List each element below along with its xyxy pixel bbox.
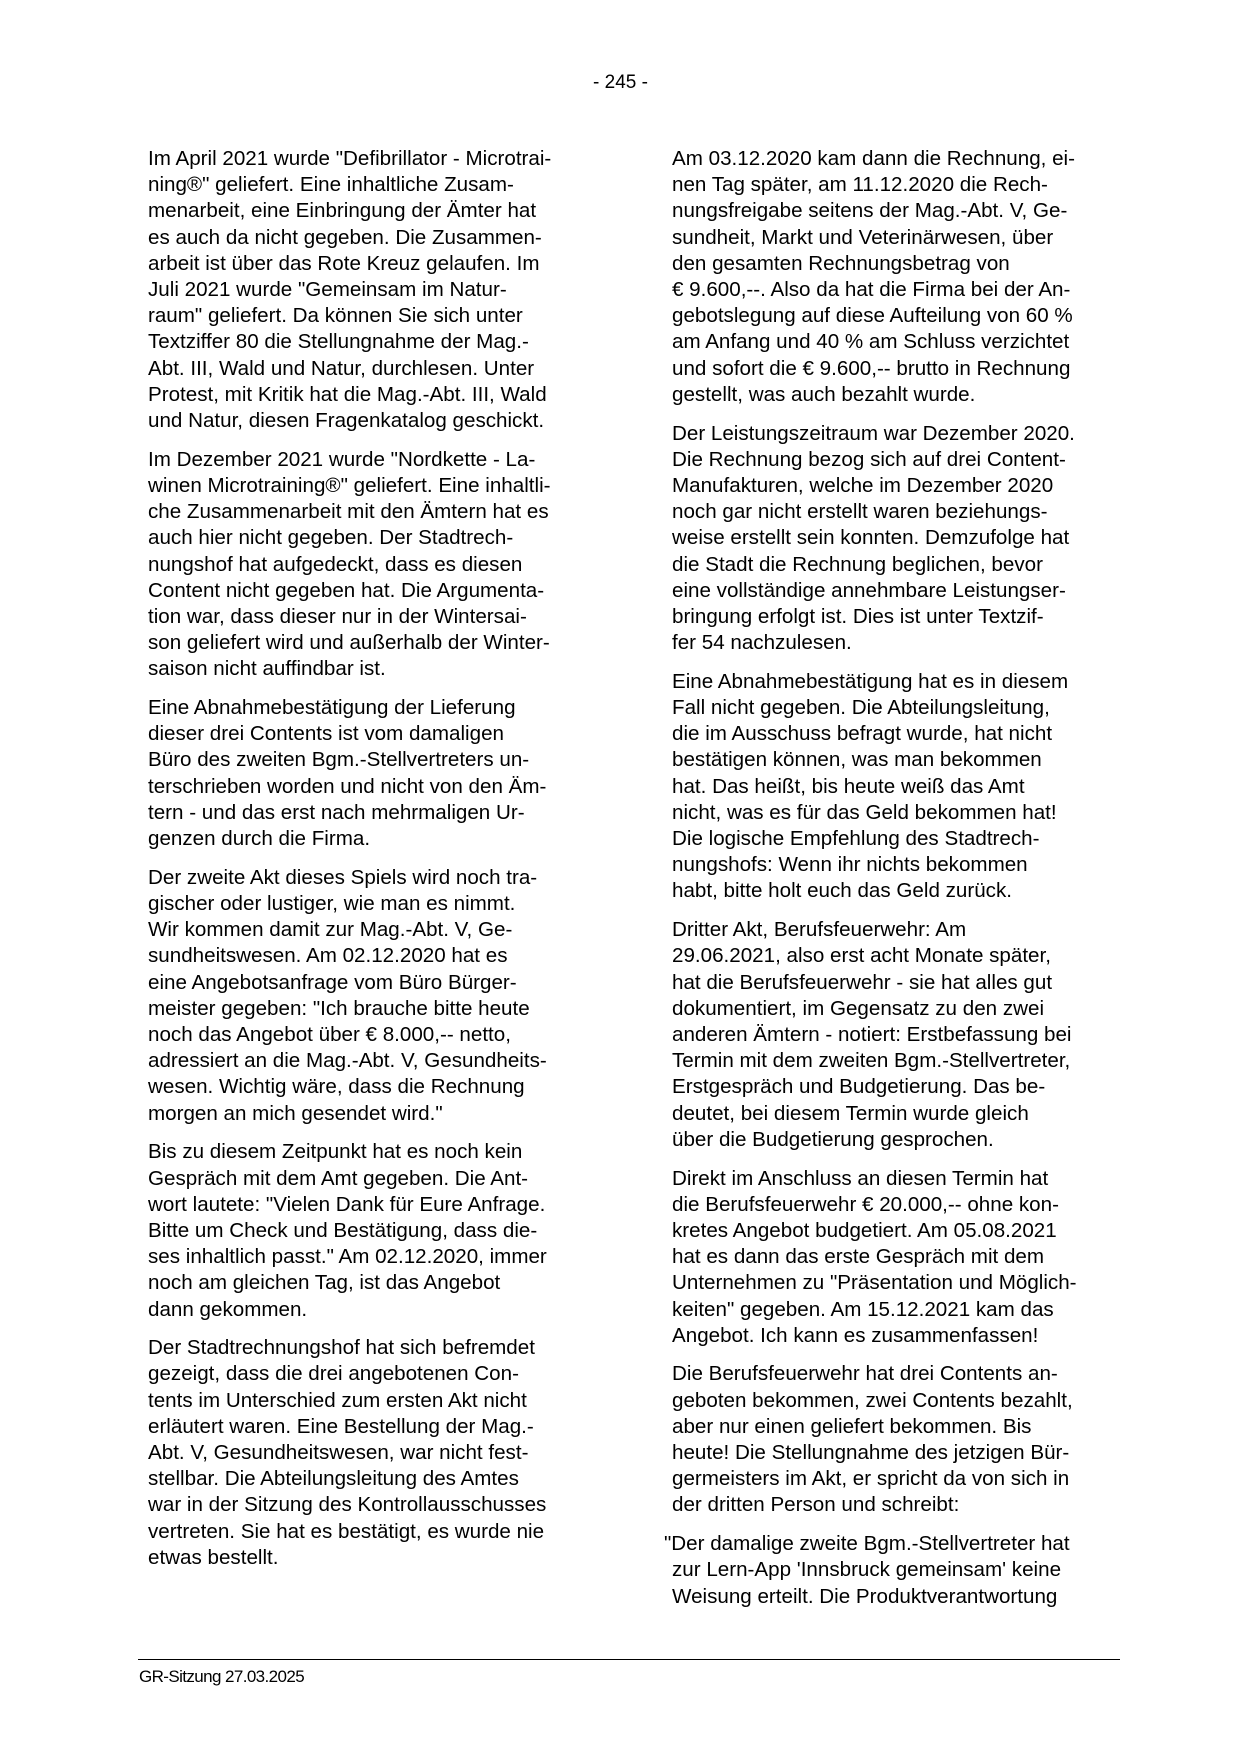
text-line: Die Berufsfeuerwehr hat drei Contents an…	[672, 1361, 1132, 1387]
paragraph-stadtrechnungshof: Der Stadtrechnungshof hat sich befremdet…	[148, 1335, 598, 1571]
left-column: Im April 2021 wurde "Defibrillator - Mic…	[148, 146, 598, 1584]
paragraph-zeitpunkt: Bis zu diesem Zeitpunkt hat es noch kein…	[148, 1139, 598, 1322]
paragraph-nordkette: Im Dezember 2021 wurde "Nordkette - La- …	[148, 447, 598, 683]
text-line: sundheitswesen. Am 02.12.2020 hat es	[148, 943, 598, 969]
text-line: Bitte um Check und Bestätigung, dass die…	[148, 1218, 598, 1244]
text-line: etwas bestellt.	[148, 1545, 598, 1571]
text-line: winen Microtraining®" geliefert. Eine in…	[148, 473, 598, 499]
footer-session-date: GR-Sitzung 27.03.2025	[139, 1667, 304, 1687]
text-line: dieser drei Contents ist vom damaligen	[148, 721, 598, 747]
text-line: tents im Unterschied zum ersten Akt nich…	[148, 1388, 598, 1414]
text-line: Angebot. Ich kann es zusammenfassen!	[672, 1323, 1132, 1349]
text-line: deutet, bei diesem Termin wurde gleich	[672, 1101, 1132, 1127]
text-line: tion war, dass dieser nur in der Winters…	[148, 604, 598, 630]
text-line: und sofort die € 9.600,-- brutto in Rech…	[672, 356, 1132, 382]
text-line: Büro des zweiten Bgm.-Stellvertreters un…	[148, 747, 598, 773]
text-line: Weisung erteilt. Die Produktverantwortun…	[672, 1584, 1132, 1610]
text-line: "Der damalige zweite Bgm.-Stellvertreter…	[664, 1531, 1132, 1557]
text-line: hat die Berufsfeuerwehr - sie hat alles …	[672, 970, 1132, 996]
text-line: am Anfang und 40 % am Schluss verzichtet	[672, 329, 1132, 355]
text-line: gezeigt, dass die drei angebotenen Con-	[148, 1361, 598, 1387]
text-line: der dritten Person und schreibt:	[672, 1492, 1132, 1518]
text-line: zur Lern-App 'Innsbruck gemeinsam' keine	[672, 1557, 1132, 1583]
text-line: Die logische Empfehlung des Stadtrech-	[672, 826, 1132, 852]
text-line: Eine Abnahmebestätigung der Lieferung	[148, 695, 598, 721]
text-line: raum" geliefert. Da können Sie sich unte…	[148, 303, 598, 329]
text-line: und Natur, diesen Fragenkatalog geschick…	[148, 408, 598, 434]
text-line: nungsfreigabe seitens der Mag.-Abt. V, G…	[672, 198, 1132, 224]
text-line: noch am gleichen Tag, ist das Angebot	[148, 1270, 598, 1296]
text-line: keiten" gegeben. Am 15.12.2021 kam das	[672, 1297, 1132, 1323]
text-line: Gespräch mit dem Amt gegeben. Die Ant-	[148, 1166, 598, 1192]
text-line: geboten bekommen, zwei Contents bezahlt,	[672, 1388, 1132, 1414]
paragraph-anschluss: Direkt im Anschluss an diesen Termin hat…	[672, 1166, 1132, 1349]
text-line: € 9.600,--. Also da hat die Firma bei de…	[672, 277, 1132, 303]
text-line: wesen. Wichtig wäre, dass die Rechnung	[148, 1074, 598, 1100]
text-line: menarbeit, eine Einbringung der Ämter ha…	[148, 198, 598, 224]
text-line: saison nicht auffindbar ist.	[148, 656, 598, 682]
text-line: nungshof hat aufgedeckt, dass es diesen	[148, 552, 598, 578]
paragraph-abnahme-lieferung: Eine Abnahmebestätigung der Lieferung di…	[148, 695, 598, 852]
text-line: terschrieben worden und nicht von den Äm…	[148, 774, 598, 800]
text-line: 29.06.2021, also erst acht Monate später…	[672, 943, 1132, 969]
text-line: tern - und das erst nach mehrmaligen Ur-	[148, 800, 598, 826]
text-line: Dritter Akt, Berufsfeuerwehr: Am	[672, 917, 1132, 943]
paragraph-rechnung: Am 03.12.2020 kam dann die Rechnung, ei-…	[672, 146, 1132, 408]
text-line: gischer oder lustiger, wie man es nimmt.	[148, 891, 598, 917]
text-line: Textziffer 80 die Stellungnahme der Mag.…	[148, 329, 598, 355]
text-line: meister gegeben: "Ich brauche bitte heut…	[148, 996, 598, 1022]
page-number: - 245 -	[0, 72, 1241, 94]
text-line: Bis zu diesem Zeitpunkt hat es noch kein	[148, 1139, 598, 1165]
text-line: bringung erfolgt ist. Dies ist unter Tex…	[672, 604, 1132, 630]
text-line: nungshofs: Wenn ihr nichts bekommen	[672, 852, 1132, 878]
text-line: Unternehmen zu "Präsentation und Möglich…	[672, 1270, 1132, 1296]
text-line: Erstgespräch und Budgetierung. Das be-	[672, 1074, 1132, 1100]
text-line: germeisters im Akt, er spricht da von si…	[672, 1466, 1132, 1492]
text-line: anderen Ämtern - notiert: Erstbefassung …	[672, 1022, 1132, 1048]
right-column: Am 03.12.2020 kam dann die Rechnung, ei-…	[672, 146, 1132, 1610]
text-line: gebotslegung auf diese Aufteilung von 60…	[672, 303, 1132, 329]
text-line: Protest, mit Kritik hat die Mag.-Abt. II…	[148, 382, 598, 408]
text-line: nen Tag später, am 11.12.2020 die Rech-	[672, 172, 1132, 198]
text-line: Der Stadtrechnungshof hat sich befremdet	[148, 1335, 598, 1361]
paragraph-defibrillator: Im April 2021 wurde "Defibrillator - Mic…	[148, 146, 598, 434]
text-line: aber nur einen geliefert bekommen. Bis	[672, 1414, 1132, 1440]
text-line: dokumentiert, im Gegensatz zu den zwei	[672, 996, 1132, 1022]
text-line: Am 03.12.2020 kam dann die Rechnung, ei-	[672, 146, 1132, 172]
text-line: che Zusammenarbeit mit den Ämtern hat es	[148, 499, 598, 525]
text-line: dann gekommen.	[148, 1297, 598, 1323]
text-line: noch gar nicht erstellt waren beziehungs…	[672, 499, 1132, 525]
text-line: wort lautete: "Vielen Dank für Eure Anfr…	[148, 1192, 598, 1218]
text-line: Fall nicht gegeben. Die Abteilungsleitun…	[672, 695, 1132, 721]
text-line: Abt. III, Wald und Natur, durchlesen. Un…	[148, 356, 598, 382]
text-line: über die Budgetierung gesprochen.	[672, 1127, 1132, 1153]
text-line: weise erstellt sein konnten. Demzufolge …	[672, 525, 1132, 551]
text-line: fer 54 nachzulesen.	[672, 630, 1132, 656]
text-line: den gesamten Rechnungsbetrag von	[672, 251, 1132, 277]
text-line: hat. Das heißt, bis heute weiß das Amt	[672, 774, 1132, 800]
text-line: ses inhaltlich passt." Am 02.12.2020, im…	[148, 1244, 598, 1270]
text-line: Im Dezember 2021 wurde "Nordkette - La-	[148, 447, 598, 473]
text-line: eine Angebotsanfrage vom Büro Bürger-	[148, 970, 598, 996]
text-line: Im April 2021 wurde "Defibrillator - Mic…	[148, 146, 598, 172]
text-line: die Berufsfeuerwehr € 20.000,-- ohne kon…	[672, 1192, 1132, 1218]
text-line: bestätigen können, was man bekommen	[672, 747, 1132, 773]
text-line: es auch da nicht gegeben. Die Zusammen-	[148, 225, 598, 251]
text-line: Direkt im Anschluss an diesen Termin hat	[672, 1166, 1132, 1192]
text-line: war in der Sitzung des Kontrollausschuss…	[148, 1492, 598, 1518]
text-line: heute! Die Stellungnahme des jetzigen Bü…	[672, 1440, 1132, 1466]
text-line: sundheit, Markt und Veterinärwesen, über	[672, 225, 1132, 251]
text-line: Der zweite Akt dieses Spiels wird noch t…	[148, 865, 598, 891]
text-line: Eine Abnahmebestätigung hat es in diesem	[672, 669, 1132, 695]
text-line: Termin mit dem zweiten Bgm.-Stellvertret…	[672, 1048, 1132, 1074]
paragraph-zweiter-akt: Der zweite Akt dieses Spiels wird noch t…	[148, 865, 598, 1127]
text-line: ning®" geliefert. Eine inhaltliche Zusam…	[148, 172, 598, 198]
text-line: gestellt, was auch bezahlt wurde.	[672, 382, 1132, 408]
text-line: Der Leistungszeitraum war Dezember 2020.	[672, 421, 1132, 447]
text-line: arbeit ist über das Rote Kreuz gelaufen.…	[148, 251, 598, 277]
text-line: Die Rechnung bezog sich auf drei Content…	[672, 447, 1132, 473]
text-line: nicht, was es für das Geld bekommen hat!	[672, 800, 1132, 826]
text-line: kretes Angebot budgetiert. Am 05.08.2021	[672, 1218, 1132, 1244]
text-line: Abt. V, Gesundheitswesen, war nicht fest…	[148, 1440, 598, 1466]
text-line: Wir kommen damit zur Mag.-Abt. V, Ge-	[148, 917, 598, 943]
text-line: die Stadt die Rechnung beglichen, bevor	[672, 552, 1132, 578]
text-line: genzen durch die Firma.	[148, 826, 598, 852]
text-line: stellbar. Die Abteilungsleitung des Amte…	[148, 1466, 598, 1492]
text-line: vertreten. Sie hat es bestätigt, es wurd…	[148, 1519, 598, 1545]
footer-divider	[138, 1659, 1120, 1660]
text-line: die im Ausschuss befragt wurde, hat nich…	[672, 721, 1132, 747]
text-line: Manufakturen, welche im Dezember 2020	[672, 473, 1132, 499]
paragraph-leistungszeitraum: Der Leistungszeitraum war Dezember 2020.…	[672, 421, 1132, 657]
text-line: hat es dann das erste Gespräch mit dem	[672, 1244, 1132, 1270]
text-line: erläutert waren. Eine Bestellung der Mag…	[148, 1414, 598, 1440]
text-line: eine vollständige annehmbare Leistungser…	[672, 578, 1132, 604]
paragraph-dritter-akt: Dritter Akt, Berufsfeuerwehr: Am 29.06.2…	[672, 917, 1132, 1153]
text-line: habt, bitte holt euch das Geld zurück.	[672, 878, 1132, 904]
text-line: auch hier nicht gegeben. Der Stadtrech-	[148, 525, 598, 551]
paragraph-abnahme-fall: Eine Abnahmebestätigung hat es in diesem…	[672, 669, 1132, 905]
text-line: son geliefert wird und außerhalb der Win…	[148, 630, 598, 656]
text-line: noch das Angebot über € 8.000,-- netto,	[148, 1022, 598, 1048]
quote-paragraph: "Der damalige zweite Bgm.-Stellvertreter…	[672, 1531, 1132, 1610]
paragraph-berufsfeuerwehr: Die Berufsfeuerwehr hat drei Contents an…	[672, 1361, 1132, 1518]
text-line: morgen an mich gesendet wird."	[148, 1101, 598, 1127]
text-line: Content nicht gegeben hat. Die Argumenta…	[148, 578, 598, 604]
text-line: Juli 2021 wurde "Gemeinsam im Natur-	[148, 277, 598, 303]
text-line: adressiert an die Mag.-Abt. V, Gesundhei…	[148, 1048, 598, 1074]
